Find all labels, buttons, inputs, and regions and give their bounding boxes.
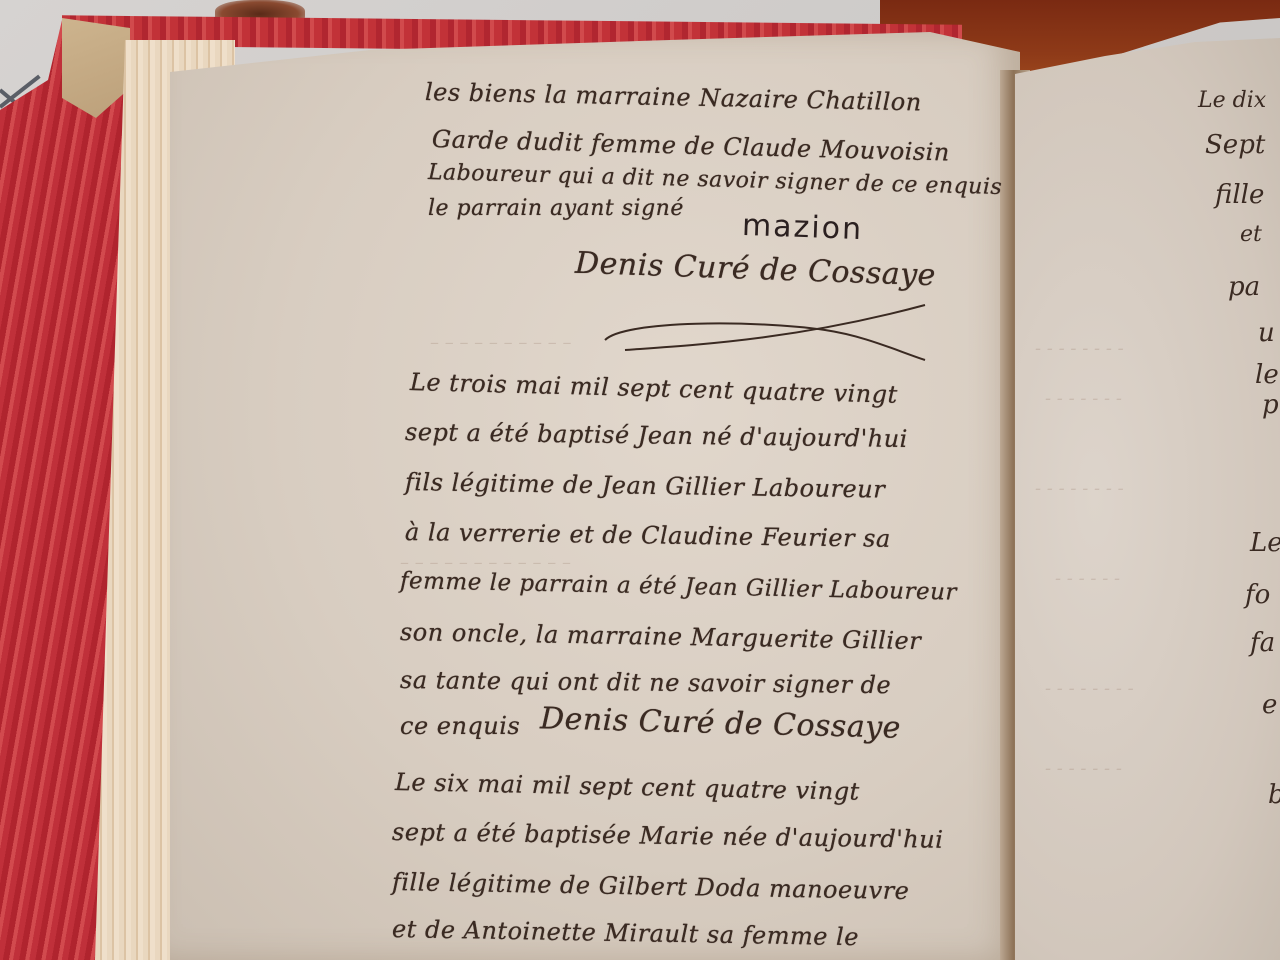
right-fragment: Le [1250,528,1280,558]
entry2-line7: sa tante qui ont dit ne savoir signer de [400,666,891,699]
right-page: - - - - - - - - - - - - - - - - - - - - … [1015,38,1280,960]
right-fragment: u [1258,318,1275,348]
entry1-line4: le parrain ayant signé [428,196,684,221]
right-fragment: b [1268,780,1280,810]
right-fragment: pa [1228,272,1260,302]
right-fragment: Sept [1205,130,1265,160]
right-fragment: p [1262,390,1279,420]
right-fragment: fa [1250,628,1275,658]
right-fragment: fo [1245,580,1270,610]
right-fragment: fille [1215,180,1264,210]
right-fragment: e [1262,690,1277,720]
right-fragment: le [1255,360,1279,390]
pencil-annotation: mazion [741,208,863,247]
entry2-line8: ce enquis [400,712,520,740]
signature-flourish [595,300,935,370]
right-fragment: Le dix [1198,88,1266,113]
right-fragment: et [1240,222,1262,247]
